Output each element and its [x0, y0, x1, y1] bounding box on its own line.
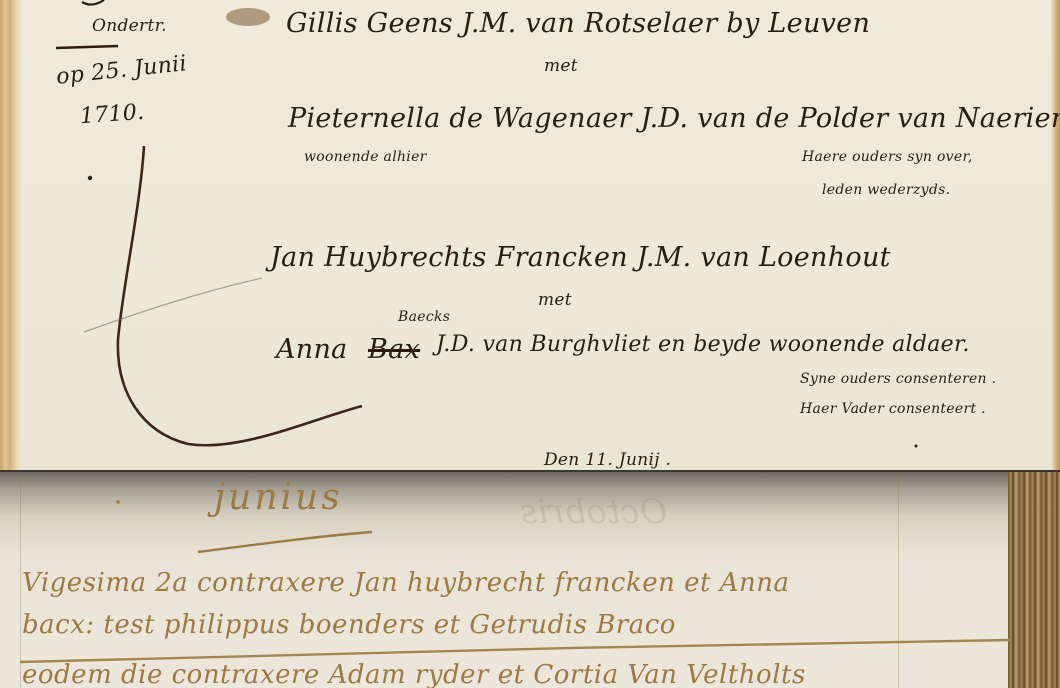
entry2-bride-struck-surname: Bax: [368, 336, 420, 363]
latin-entry-line3: eodem die contraxere Adam ryder et Corti…: [22, 662, 806, 688]
bleed-through-text: Octobris: [520, 492, 667, 532]
entry1-parents-note-2: leden wederzyds.: [822, 183, 950, 197]
page-edge-right: [1051, 0, 1060, 470]
bracket-stroke: [118, 146, 362, 445]
entry1-bride: Pieternella de Wagenaer J.D. van de Pold…: [288, 105, 1060, 132]
book-spine: [1008, 472, 1060, 688]
entry1-residence: woonende alhier: [304, 150, 427, 164]
latin-entry-line2: bacx: test philippus boenders et Getrudi…: [22, 612, 676, 638]
margin-note-year: 1710.: [79, 102, 145, 128]
latin-entry-line1: Vigesima 2a contraxere Jan huybrecht fra…: [22, 570, 790, 596]
margin-rule-left: [20, 472, 21, 688]
next-entry-date: Den 11. Junij .: [544, 452, 671, 469]
entry1-groom: Gillis Geens J.M. van Rotselaer by Leuve…: [286, 10, 870, 37]
bottom-manuscript-page: Octobris junius Vigesima 2a contraxere J…: [0, 472, 1060, 688]
margin-note-date: op 25. Junii: [55, 53, 188, 89]
entry2-father-note: Haer Vader consenteert .: [800, 402, 986, 416]
entry2-bride-first: Anna: [276, 336, 348, 363]
top-manuscript-page: Ondertr. op 25. Junii 1710. Gillis Geens…: [0, 0, 1060, 470]
margin-rule-right: [898, 472, 899, 688]
entry1-met: met: [544, 58, 578, 75]
month-heading: junius: [214, 480, 343, 516]
page-gutter-left: [0, 0, 22, 470]
entry2-parents-note: Syne ouders consenteren .: [800, 372, 996, 386]
entry2-met: met: [538, 292, 572, 309]
entry1-parents-note: Haere ouders syn over,: [802, 150, 973, 164]
margin-note-ondertrouw: Ondertr.: [92, 18, 167, 35]
entry2-groom: Jan Huybrechts Francken J.M. van Loenhou…: [270, 244, 891, 271]
entry2-bride-rest: J.D. van Burghvliet en beyde woonende al…: [436, 334, 970, 356]
entry2-bride-correction: Baecks: [398, 310, 450, 324]
